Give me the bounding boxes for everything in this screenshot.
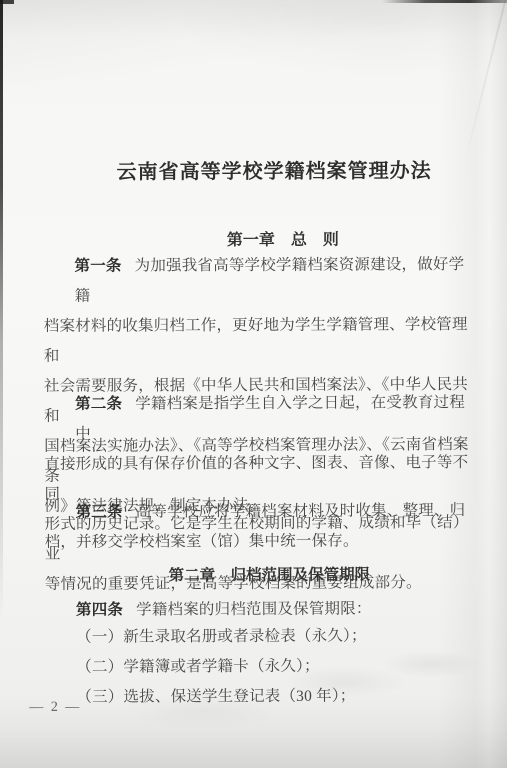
chapter-1-heading: 第一章 总 则 (0, 226, 506, 251)
article-2-number: 第二条 (75, 396, 122, 413)
article-4-number: 第四条 (76, 602, 123, 619)
chapter-2-heading: 第二章 归档范围及保管期限 (1, 562, 507, 586)
scanned-page: 云南省高等学校学籍档案管理办法 第一章 总 则 第一条为加强我省高等学校学籍档案… (0, 0, 507, 768)
body-line: 档案材料的收集归档工作，更好地为学生学籍管理、学校管理和 (44, 310, 470, 372)
article-1-number: 第一条 (74, 258, 121, 275)
article-3-text: 高等学校应将学籍档案材料及时收集、整理、归 (136, 502, 466, 520)
article-1-line-1: 第一条为加强我省高等学校学籍档案资源建设，做好学籍 (43, 250, 469, 312)
article-3-line-1: 第三条高等学校应将学籍档案材料及时收集、整理、归 (44, 496, 470, 528)
article-1-text: 为加强我省高等学校学籍档案资源建设，做好学籍 (75, 256, 465, 305)
article-2-text: 学籍档案是指学生自入学之日起，在受教育过程中 (75, 394, 465, 443)
document-title: 云南省高等学校学籍档案管理办法 (39, 154, 507, 185)
article-2-line-1: 第二条学籍档案是指学生自入学之日起，在受教育过程中 (44, 388, 470, 450)
list-item-2: （二）学籍簿或者学籍卡（永久）； (45, 651, 471, 683)
list-item-1: （一）新生录取名册或者录检表（永久）； (45, 621, 471, 653)
document-content: 云南省高等学校学籍档案管理办法 第一章 总 则 第一条为加强我省高等学校学籍档案… (0, 0, 507, 768)
body-line: 档，并移交学校档案室（馆）集中统一保存。 (45, 526, 471, 558)
archive-item-list: （一）新生录取名册或者录检表（永久）； （二）学籍簿或者学籍卡（永久）； （三）… (45, 621, 471, 713)
article-3: 第三条高等学校应将学籍档案材料及时收集、整理、归 档，并移交学校档案室（馆）集中… (44, 496, 470, 558)
page-number: — 2 — (29, 700, 81, 716)
article-3-number: 第三条 (76, 504, 123, 521)
article-4-text: 学籍档案的归档范围及保管期限： (136, 600, 372, 618)
list-item-3: （三）选拔、保送学生登记表（30 年）； (45, 681, 471, 713)
